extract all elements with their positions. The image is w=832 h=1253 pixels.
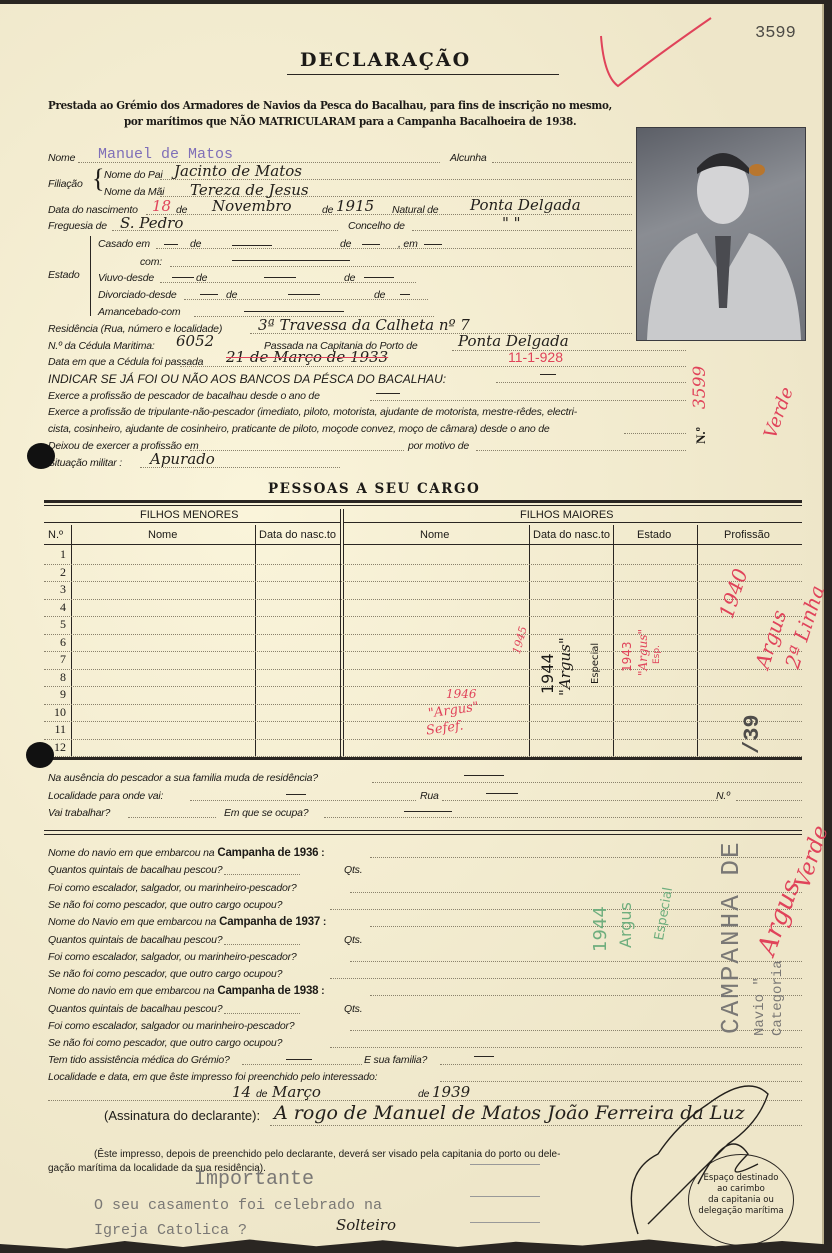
pessoas-title: PESSOAS A SEU CARGO	[268, 481, 480, 497]
cargo-label: Se não foi como pescador, que outro carg…	[48, 899, 282, 911]
row-number: 11	[44, 722, 66, 737]
localidade-label: Localidade para onde vai:	[48, 790, 163, 802]
red-checkmark-icon	[596, 16, 716, 96]
situacao-label: Situação militar :	[48, 457, 122, 469]
cargo-label: Se não foi como pescador, que outro carg…	[48, 968, 282, 980]
ocupa-field[interactable]	[324, 817, 802, 818]
label-text: Quantos quintais de bacalhau pescou?	[48, 934, 222, 946]
motivo-label: por motivo de	[408, 440, 469, 452]
note-argus-2: "Argus"	[636, 629, 650, 676]
note-1944: 1944	[538, 653, 557, 694]
estado-label: Estado	[48, 269, 80, 281]
col-estado: Estado	[637, 529, 671, 541]
deixou-field[interactable]	[190, 450, 404, 451]
ausencia-label: Na ausência do pescador a sua familia mu…	[48, 772, 318, 784]
title-underline	[287, 74, 559, 75]
campanha-year: Campanha de 1937	[219, 916, 320, 928]
col-nome-menores: Nome	[148, 529, 177, 541]
qts-label: Qts.	[344, 864, 362, 876]
dash-mark	[362, 244, 380, 245]
ocupa-label: Em que se ocupa?	[224, 807, 308, 819]
casamento-field[interactable]: Solteiro	[336, 1216, 396, 1234]
dash-mark	[400, 294, 410, 295]
table-bottom-rule	[44, 757, 802, 760]
dash-mark	[464, 775, 504, 776]
dash-mark	[470, 1222, 540, 1223]
dash-mark	[470, 1164, 540, 1165]
com-field[interactable]	[170, 266, 632, 267]
row-number: 9	[44, 687, 66, 702]
dash-mark	[244, 311, 344, 312]
table-row[interactable]	[44, 599, 802, 600]
capitania-field[interactable]: Ponta Delgada	[458, 332, 569, 350]
nota-line-1: (Êste impresso, depois de preenchido pel…	[94, 1149, 560, 1160]
rua-label: Rua	[420, 790, 439, 802]
navio-label: Nome do navio em que embarcou naCampanha…	[48, 985, 324, 997]
de-label: de	[256, 1088, 267, 1100]
rule	[44, 544, 340, 545]
subtitle-line-1: Prestada ao Grémio dos Armadores de Navi…	[48, 98, 612, 112]
capitania-line	[452, 350, 686, 351]
exerce-tripulante-label-1: Exerce a profissão de tripulante-não-pes…	[48, 406, 577, 418]
cedula-label: N.º da Cédula Maritima:	[48, 340, 155, 352]
nasc-month-field[interactable]: Novembro	[212, 197, 292, 215]
label-text: Nome do navio em que embarcou na	[48, 847, 214, 859]
dash-mark	[404, 811, 452, 812]
campanha-stamp: CAMPANHA DE	[716, 840, 746, 1034]
de-label: de	[190, 238, 201, 250]
official-signature-icon	[608, 1064, 808, 1244]
punch-hole	[27, 443, 55, 469]
note-esp: Esp.	[652, 645, 662, 664]
table-top-rule	[44, 505, 802, 506]
label-text: Quantos quintais de bacalhau pescou?	[48, 1003, 222, 1015]
alcunha-field[interactable]	[492, 162, 632, 163]
col-nome-maiores: Nome	[420, 529, 449, 541]
label-text: Nome do Navio em que embarcou na	[48, 916, 216, 928]
de-label: de	[340, 238, 351, 250]
no-value: 3599	[690, 366, 710, 409]
page-title: DECLARAÇÃO	[300, 49, 471, 71]
situacao-field[interactable]: Apurado	[150, 450, 215, 468]
divorciado-label: Divorciado-desde	[98, 289, 177, 301]
campanha-year: Campanha de 1938	[217, 985, 318, 997]
date-month-field[interactable]: Março	[272, 1083, 321, 1101]
dash-mark	[286, 794, 306, 795]
cedula-data-line	[180, 366, 686, 367]
amancebado-label: Amancebado-com	[98, 306, 180, 318]
n-label: N.º	[716, 790, 730, 802]
cedula-field[interactable]: 6052	[176, 332, 214, 350]
date-day-field[interactable]: 14	[232, 1083, 251, 1101]
table-row[interactable]	[44, 564, 802, 565]
table-row[interactable]	[44, 651, 802, 652]
divorciado-field[interactable]	[184, 299, 428, 300]
section-rule	[44, 834, 802, 835]
label-text: Nome do navio em que embarcou na	[48, 985, 214, 997]
nome-field[interactable]: Manuel de Matos	[98, 146, 233, 163]
quintais-label: Quantos quintais de bacalhau pescou?	[48, 934, 222, 946]
no-label: N.º	[693, 427, 708, 444]
menores-header: FILHOS MENORES	[140, 509, 238, 521]
dash-mark	[376, 393, 400, 394]
subtitle-line-2: por marítimos que NÃO MATRICULARAM para …	[124, 114, 576, 128]
table-row[interactable]	[44, 581, 802, 582]
dash-mark	[474, 1056, 494, 1057]
nome-label: Nome	[48, 152, 75, 164]
label-text: Foi como escalador, salgador, ou marinhe…	[48, 882, 297, 894]
row-number: 4	[44, 600, 66, 615]
dash-mark	[486, 793, 518, 794]
concelho-label: Concelho de	[348, 220, 405, 232]
dash-mark	[470, 1196, 540, 1197]
quintais-field[interactable]	[224, 944, 300, 945]
rua-field[interactable]	[442, 800, 718, 801]
natural-label: Natural de	[392, 204, 438, 216]
table-row[interactable]	[44, 616, 802, 617]
row-number: 3	[44, 582, 66, 597]
cargo-label: Se não foi como pescador, que outro carg…	[48, 1037, 282, 1049]
natural-field[interactable]: Ponta Delgada	[470, 196, 581, 214]
indicar-field[interactable]	[496, 382, 686, 383]
ausencia-field[interactable]	[372, 782, 802, 783]
table-row[interactable]	[44, 686, 802, 687]
stamp-39: /39	[740, 714, 765, 754]
document-page: 3599 DECLARAÇÃO Prestada ao Grémio dos A…	[0, 4, 824, 1253]
filiacao-label: Filiação	[48, 178, 83, 190]
dash-mark	[424, 244, 442, 245]
table-row[interactable]	[44, 669, 802, 670]
col-divider	[255, 525, 256, 757]
label-text: Foi como escalador, salgador ou marinhei…	[48, 1020, 294, 1032]
casamento-line-2: Igreja Catolica ?	[94, 1222, 247, 1239]
qts-label: Qts.	[344, 1003, 362, 1015]
localidade-field[interactable]	[190, 800, 416, 801]
green-argus: Argus	[616, 902, 635, 948]
dash-mark	[200, 294, 218, 295]
note-argus-1: "Argus"	[556, 637, 574, 696]
dash-mark	[232, 260, 350, 261]
de-label: de	[322, 204, 333, 216]
familia-label: E sua familia?	[364, 1054, 427, 1066]
indicar-label: INDICAR SE JÁ FOI OU NÃO AOS BANCOS DA P…	[48, 372, 446, 386]
casado-field[interactable]	[156, 248, 632, 249]
dash-mark	[288, 294, 320, 295]
casado-label: Casado em	[98, 238, 150, 250]
alcunha-label: Alcunha	[450, 152, 487, 164]
estado-brace	[90, 236, 91, 316]
label-text: Se não foi como pescador, que outro carg…	[48, 968, 282, 980]
de-label: de	[418, 1088, 429, 1100]
punch-hole	[26, 742, 54, 768]
assistencia-field[interactable]	[242, 1064, 362, 1065]
quintais-label: Quantos quintais de bacalhau pescou?	[48, 1003, 222, 1015]
campanha-year: Campanha de 1936	[217, 847, 318, 859]
person-silhouette-icon	[637, 128, 805, 340]
freguesia-field[interactable]: S. Pedro	[120, 214, 183, 232]
note-profissao: 2ª Linha	[780, 582, 829, 671]
n-field[interactable]	[736, 800, 802, 801]
em-label: , em	[398, 238, 418, 250]
qts-label: Qts.	[344, 934, 362, 946]
de-label: de	[374, 289, 385, 301]
row-number: 10	[44, 705, 66, 720]
escalador-label: Foi como escalador, salgador ou marinhei…	[48, 1020, 294, 1032]
rule	[344, 544, 802, 545]
trabalhar-label: Vai trabalhar?	[48, 807, 110, 819]
note-especial: Especial	[590, 643, 601, 684]
col-divider	[613, 525, 614, 757]
localidade-data-label: Localidade e data, em que êste impresso …	[48, 1071, 377, 1083]
assinatura-label: (Assinatura do declarante):	[104, 1108, 260, 1123]
label-text: Quantos quintais de bacalhau pescou?	[48, 864, 222, 876]
dash-mark	[164, 244, 178, 245]
residencia-field[interactable]: 3ª Travessa da Calheta nº 7	[258, 316, 470, 334]
col-divider	[697, 525, 698, 757]
col-divider	[529, 525, 530, 757]
motivo-field[interactable]	[476, 450, 686, 451]
exerce-pescador-label: Exerce a profissão de pescador de bacalh…	[48, 390, 320, 402]
row-number: 1	[44, 547, 66, 562]
margin-number: N.º 3599	[690, 366, 710, 444]
dash-mark	[232, 245, 272, 246]
note-1943: 1943	[620, 641, 634, 672]
escalador-label: Foi como escalador, salgador, ou marinhe…	[48, 951, 297, 963]
com-label: com:	[140, 256, 162, 268]
row-number: 8	[44, 670, 66, 685]
rule	[44, 522, 340, 523]
filiacao-brace: {	[92, 166, 104, 192]
rule	[344, 522, 802, 523]
viuvo-label: Viuvo-desde	[98, 272, 154, 284]
importante-stamp: Importante	[194, 1168, 314, 1191]
dash-mark	[540, 374, 556, 375]
note-1940: 1940	[714, 566, 753, 622]
de-label: de	[344, 272, 355, 284]
quintais-label: Quantos quintais de bacalhau pescou?	[48, 864, 222, 876]
quintais-field[interactable]	[224, 1013, 300, 1014]
col-data-menores: Data do nasc.to	[259, 529, 336, 541]
dash-mark	[172, 277, 194, 278]
dash-mark	[286, 1059, 312, 1060]
section-rule	[44, 830, 802, 831]
quintais-field[interactable]	[224, 874, 300, 875]
pai-field[interactable]: Jacinto de Matos	[174, 162, 302, 180]
table-row[interactable]	[44, 721, 802, 722]
label-text: Se não foi como pescador, que outro carg…	[48, 1037, 282, 1049]
label-text: Foi como escalador, salgador, ou marinhe…	[48, 951, 297, 963]
casamento-line-1: O seu casamento foi celebrado na	[94, 1197, 382, 1214]
categoria-stamp: Categoria	[770, 960, 786, 1036]
concelho-field[interactable]: " "	[502, 214, 521, 232]
col-profissao: Profissão	[724, 529, 770, 541]
document-number: 3599	[755, 24, 796, 43]
navio-label: Nome do navio em que embarcou naCampanha…	[48, 847, 324, 859]
col-num: N.º	[48, 529, 63, 541]
de-label: de	[226, 289, 237, 301]
green-1944: 1944	[590, 906, 611, 952]
exerce-pescador-field[interactable]	[370, 400, 686, 401]
de-label: de	[196, 272, 207, 284]
pai-label: Nome do Pai	[104, 169, 163, 181]
date-year-field[interactable]: 1939	[432, 1083, 470, 1101]
dash-mark	[264, 277, 296, 278]
green-especial: Especial	[652, 886, 676, 941]
argus-red-note: Argus	[752, 876, 807, 959]
row-number: 6	[44, 635, 66, 650]
cargo-field[interactable]	[330, 1047, 802, 1048]
table-top-rule	[44, 500, 802, 503]
cedula-data-struck: 21 de Março de 1933	[226, 348, 388, 366]
label-text: Se não foi como pescador, que outro carg…	[48, 899, 282, 911]
exerce-tripulante-label-2: cista, cosinheiro, ajudante de cosinheir…	[48, 423, 550, 435]
row-number: 7	[44, 652, 66, 667]
concelho-line	[412, 230, 632, 231]
maiores-header: FILHOS MAIORES	[520, 509, 614, 521]
navio-stamp: Navio "	[752, 977, 768, 1036]
nasc-year-field[interactable]: 1915	[336, 197, 374, 215]
freguesia-label: Freguesia de	[48, 220, 107, 232]
trabalhar-field[interactable]	[128, 817, 216, 818]
row-number: 2	[44, 565, 66, 580]
verde-note: Verde	[760, 384, 798, 441]
note-1946: 1946	[446, 687, 477, 701]
row-number: 5	[44, 617, 66, 632]
navio-label: Nome do Navio em que embarcou naCampanha…	[48, 916, 326, 928]
col-divider	[71, 525, 72, 757]
nasc-day-field[interactable]: 18	[152, 197, 171, 215]
portrait-photo	[636, 127, 806, 341]
exerce-tripulante-field[interactable]	[624, 433, 686, 434]
escalador-label: Foi como escalador, salgador, ou marinhe…	[48, 882, 297, 894]
dash-mark	[364, 277, 394, 278]
cedula-data-field[interactable]: 11-1-928	[508, 349, 563, 365]
table-row[interactable]	[44, 704, 802, 705]
assistencia-label: Tem tido assistência médica do Grémio?	[48, 1054, 230, 1066]
table-row[interactable]	[44, 739, 802, 740]
table-row[interactable]	[44, 634, 802, 635]
col-data-maiores: Data do nasc.to	[533, 529, 610, 541]
